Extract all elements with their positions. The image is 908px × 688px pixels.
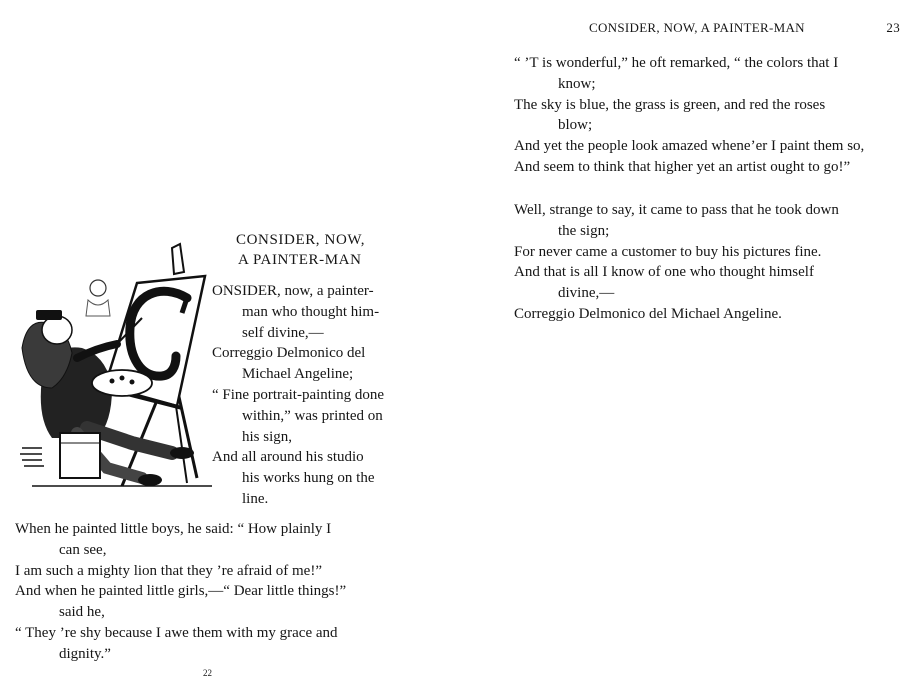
left-page: CONSIDER, NOW, A PAINTER-MAN ONSIDER, no…: [0, 0, 454, 688]
page-number-right: 23: [886, 20, 900, 36]
verse-line: man who thought him-: [212, 302, 407, 323]
verse-line: Correggio Delmonico del: [212, 343, 407, 364]
verse-line: “ They ’re shy because I awe them with m…: [15, 623, 403, 644]
verse-line: can see,: [15, 540, 403, 561]
poem-title-line-1: CONSIDER, NOW,: [236, 230, 406, 250]
verse-line: his sign,: [212, 427, 407, 448]
verse-line: ONSIDER, now, a painter-: [212, 281, 407, 302]
verse-line: his works hung on the: [212, 468, 407, 489]
verse-line: Correggio Delmonico del Michael Angeline…: [514, 304, 900, 325]
page-number-left: 22: [203, 668, 212, 678]
stanza-2: When he painted little boys, he said: “ …: [15, 519, 403, 665]
running-head-title: CONSIDER, NOW, A PAINTER-MAN: [589, 20, 805, 36]
verse-line: dignity.”: [15, 644, 403, 665]
verse-line: Michael Angeline;: [212, 364, 407, 385]
right-page: CONSIDER, NOW, A PAINTER-MAN 23 “ ’T is …: [454, 0, 908, 688]
verse-line: And when he painted little girls,—“ Dear…: [15, 581, 403, 602]
verse-line: self divine,—: [212, 323, 407, 344]
poem-title: CONSIDER, NOW, A PAINTER-MAN: [236, 230, 406, 270]
verse-line: Well, strange to say, it came to pass th…: [514, 200, 900, 221]
verse-line: For never came a customer to buy his pic…: [514, 242, 900, 263]
verse-line: “ ’T is wonderful,” he oft remarked, “ t…: [514, 53, 900, 74]
verse-line: The sky is blue, the grass is green, and…: [514, 95, 900, 116]
verse-line: blow;: [514, 115, 900, 136]
verse-line: And all around his studio: [212, 447, 407, 468]
stanza-3: “ ’T is wonderful,” he oft remarked, “ t…: [514, 53, 900, 178]
verse-line: within,” was printed on: [212, 406, 407, 427]
verse-line: When he painted little boys, he said: “ …: [15, 519, 403, 540]
poem-title-line-2: A PAINTER-MAN: [236, 250, 406, 270]
verse-line: And that is all I know of one who though…: [514, 262, 900, 283]
verse-line: know;: [514, 74, 900, 95]
stanza-4: Well, strange to say, it came to pass th…: [514, 200, 900, 325]
verse-line: divine,—: [514, 283, 900, 304]
verse-line: line.: [212, 489, 407, 510]
verse-line: And seem to think that higher yet an art…: [514, 157, 900, 178]
verse-line: the sign;: [514, 221, 900, 242]
verse-line: said he,: [15, 602, 403, 623]
verse-line: “ Fine portrait-painting done: [212, 385, 407, 406]
verse-line: And yet the people look amazed whene’er …: [514, 136, 900, 157]
painter-illustration: [12, 238, 222, 490]
verse-line: I am such a mighty lion that they ’re af…: [15, 561, 403, 582]
stanza-1-drop-cap-block: ONSIDER, now, a painter- man who thought…: [212, 281, 407, 510]
